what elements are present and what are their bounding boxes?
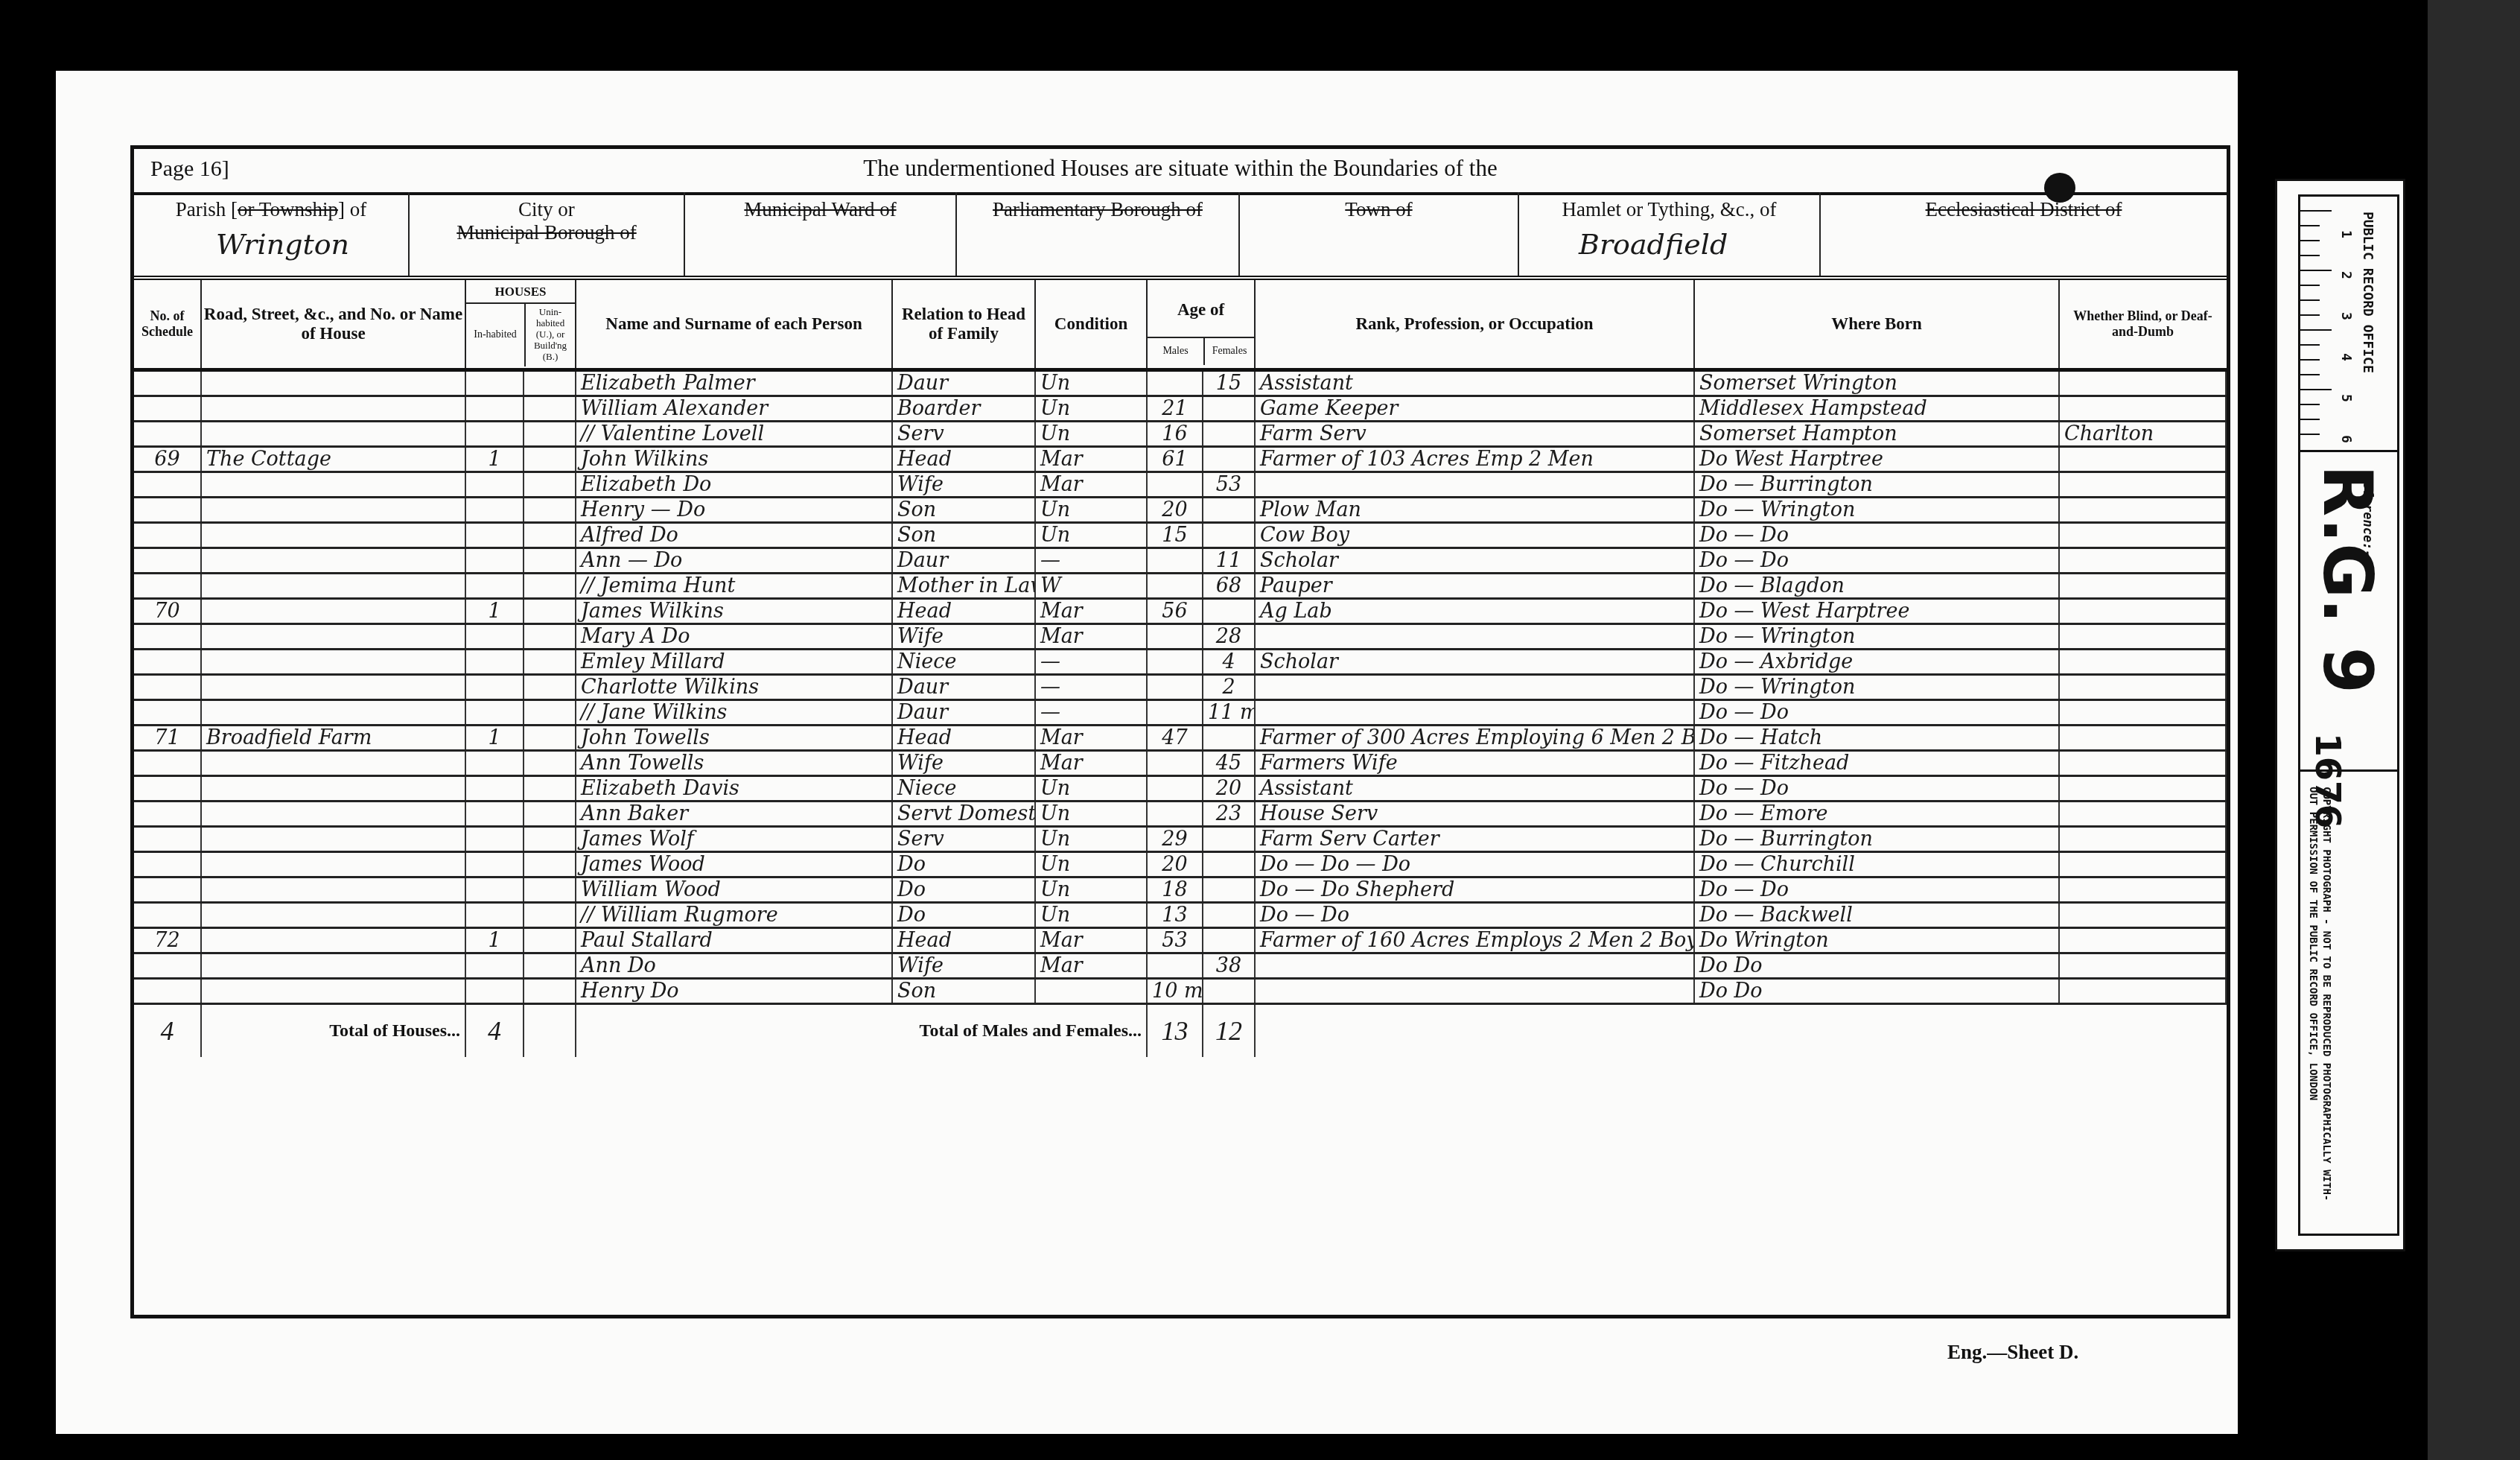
person-name: Ann Do xyxy=(576,953,892,979)
condition: — xyxy=(1035,700,1147,726)
house-name xyxy=(201,650,465,675)
age-male xyxy=(1147,953,1203,979)
age-female xyxy=(1203,498,1255,523)
age-male: 10 mo xyxy=(1147,979,1203,1004)
uninhabited-count xyxy=(524,370,576,396)
relation: Son xyxy=(892,979,1035,1004)
occupation: Do — Do xyxy=(1255,903,1694,928)
person-name: John Wilkins xyxy=(576,447,892,472)
total-schedules: 4 xyxy=(134,1004,201,1058)
uninhabited-count xyxy=(524,953,576,979)
table-row: Alfred DoSonUn15Cow BoyDo — Do xyxy=(134,523,2226,548)
birthplace: Do Wrington xyxy=(1694,928,2059,953)
table-row: // Jane WilkinsDaur—11 moDo — Do xyxy=(134,700,2226,726)
ruler-number: 2 xyxy=(2338,271,2354,279)
person-name: John Towells xyxy=(576,726,892,751)
reference-panel: 123456 PUBLIC RECORD OFFICE Reference:- … xyxy=(2275,179,2405,1251)
census-rows: Elizabeth PalmerDaurUn15AssistantSomerse… xyxy=(134,370,2226,1058)
occupation xyxy=(1255,979,1694,1004)
occupation: Farmer of 160 Acres Employs 2 Men 2 Boys xyxy=(1255,928,1694,953)
person-name: William Alexander xyxy=(576,396,892,422)
total-males: 13 xyxy=(1147,1004,1203,1058)
house-name xyxy=(201,599,465,624)
blind-deaf xyxy=(2059,700,2226,726)
inhabited-count xyxy=(465,370,524,396)
person-name: Ann — Do xyxy=(576,548,892,574)
birthplace: Do — Emore xyxy=(1694,802,2059,827)
age-female xyxy=(1203,523,1255,548)
person-name: James Wolf xyxy=(576,827,892,852)
house-name xyxy=(201,751,465,776)
blind-deaf xyxy=(2059,852,2226,877)
age-male: 61 xyxy=(1147,447,1203,472)
house-name xyxy=(201,370,465,396)
age-female xyxy=(1203,422,1255,447)
condition: — xyxy=(1035,548,1147,574)
age-female xyxy=(1203,979,1255,1004)
col-males: Males xyxy=(1148,338,1205,365)
occupation: Pauper xyxy=(1255,574,1694,599)
relation: Do xyxy=(892,877,1035,903)
occupation xyxy=(1255,472,1694,498)
condition: Mar xyxy=(1035,447,1147,472)
occupation: Cow Boy xyxy=(1255,523,1694,548)
blind-deaf xyxy=(2059,396,2226,422)
birthplace: Do — Blagdon xyxy=(1694,574,2059,599)
office-label: PUBLIC RECORD OFFICE xyxy=(2360,212,2376,373)
film-edge xyxy=(2428,0,2520,1460)
relation: Son xyxy=(892,523,1035,548)
condition: Un xyxy=(1035,852,1147,877)
uninhabited-count xyxy=(524,802,576,827)
total-uninhabited xyxy=(524,1004,576,1058)
ruler-tick xyxy=(2300,299,2320,301)
uninhabited-count xyxy=(524,726,576,751)
occupation: Farmers Wife xyxy=(1255,751,1694,776)
occupation: Farmer of 300 Acres Employing 6 Men 2 Bo… xyxy=(1255,726,1694,751)
uninhabited-count xyxy=(524,574,576,599)
blind-deaf xyxy=(2059,877,2226,903)
condition: Un xyxy=(1035,422,1147,447)
ruler-tick xyxy=(2300,314,2320,316)
relation: Son xyxy=(892,498,1035,523)
occupation: Scholar xyxy=(1255,548,1694,574)
house-name xyxy=(201,979,465,1004)
condition: Un xyxy=(1035,396,1147,422)
ruler-tick xyxy=(2300,359,2320,361)
condition: Mar xyxy=(1035,751,1147,776)
total-blank xyxy=(1255,1004,2226,1058)
hamlet-value: Broadfield xyxy=(1579,228,1728,261)
inhabited-count xyxy=(465,852,524,877)
ruler-tick xyxy=(2300,240,2320,241)
uninhabited-count xyxy=(524,852,576,877)
blind-deaf xyxy=(2059,447,2226,472)
census-table: No. of Schedule Road, Street, &c., and N… xyxy=(134,280,2227,1057)
inhabited-count xyxy=(465,498,524,523)
occupation: Do — Do — Do xyxy=(1255,852,1694,877)
relation: Wife xyxy=(892,953,1035,979)
table-row: // William RugmoreDoUn13Do — DoDo — Back… xyxy=(134,903,2226,928)
col-blind: Whether Blind, or Deaf-and-Dumb xyxy=(2059,280,2226,370)
blind-deaf xyxy=(2059,776,2226,802)
table-row: Elizabeth DavisNieceUn20AssistantDo — Do xyxy=(134,776,2226,802)
blind-deaf xyxy=(2059,726,2226,751)
condition: W xyxy=(1035,574,1147,599)
col-inhabited: In-habited xyxy=(466,304,526,366)
table-row: // Valentine LovellServUn16Farm ServSome… xyxy=(134,422,2226,447)
uninhabited-count xyxy=(524,422,576,447)
occupation: Farmer of 103 Acres Emp 2 Men xyxy=(1255,447,1694,472)
col-name: Name and Surname of each Person xyxy=(576,280,892,370)
relation: Daur xyxy=(892,548,1035,574)
table-row: 71Broadfield Farm1John TowellsHeadMar47F… xyxy=(134,726,2226,751)
schedule-number xyxy=(134,472,201,498)
relation: Wife xyxy=(892,472,1035,498)
col-uninhabited: Unin-habited (U.), or Build'ng (B.) xyxy=(526,304,575,366)
age-male: 15 xyxy=(1147,523,1203,548)
person-name: William Wood xyxy=(576,877,892,903)
town-cell: Town of xyxy=(1240,192,1519,276)
age-male: 13 xyxy=(1147,903,1203,928)
uninhabited-count xyxy=(524,928,576,953)
house-name xyxy=(201,700,465,726)
uninhabited-count xyxy=(524,700,576,726)
table-row: // Jemima HuntMother in LawW68PauperDo —… xyxy=(134,574,2226,599)
uninhabited-count xyxy=(524,751,576,776)
age-male xyxy=(1147,370,1203,396)
blind-deaf xyxy=(2059,498,2226,523)
person-name: James Wilkins xyxy=(576,599,892,624)
col-schedule: No. of Schedule xyxy=(134,280,201,370)
table-row: Elizabeth DoWifeMar53Do — Burrington xyxy=(134,472,2226,498)
uninhabited-count xyxy=(524,776,576,802)
age-female: 68 xyxy=(1203,574,1255,599)
schedule-number xyxy=(134,370,201,396)
table-row: Elizabeth PalmerDaurUn15AssistantSomerse… xyxy=(134,370,2226,396)
table-row: Henry DoSon10 moDo Do xyxy=(134,979,2226,1004)
schedule-number xyxy=(134,802,201,827)
person-name: Paul Stallard xyxy=(576,928,892,953)
age-female: 53 xyxy=(1203,472,1255,498)
inhabited-count xyxy=(465,650,524,675)
inhabited-count xyxy=(465,802,524,827)
birthplace: Do — Burrington xyxy=(1694,827,2059,852)
relation: Do xyxy=(892,903,1035,928)
schedule-number xyxy=(134,574,201,599)
occupation: Ag Lab xyxy=(1255,599,1694,624)
person-name: // Valentine Lovell xyxy=(576,422,892,447)
birthplace: Do — Hatch xyxy=(1694,726,2059,751)
occupation: Farm Serv xyxy=(1255,422,1694,447)
birthplace: Do — Do xyxy=(1694,776,2059,802)
house-name xyxy=(201,472,465,498)
relation: Head xyxy=(892,447,1035,472)
condition: Mar xyxy=(1035,472,1147,498)
schedule-number xyxy=(134,827,201,852)
occupation xyxy=(1255,624,1694,650)
person-name: Elizabeth Palmer xyxy=(576,370,892,396)
person-name: James Wood xyxy=(576,852,892,877)
house-name xyxy=(201,776,465,802)
form-id: Eng.—Sheet D. xyxy=(1947,1341,2078,1364)
condition: — xyxy=(1035,675,1147,700)
inhabited-count xyxy=(465,523,524,548)
table-row: William AlexanderBoarderUn21Game KeeperM… xyxy=(134,396,2226,422)
birthplace: Do — Do xyxy=(1694,523,2059,548)
ruler-tick xyxy=(2300,329,2332,331)
condition: Un xyxy=(1035,523,1147,548)
age-male: 20 xyxy=(1147,852,1203,877)
schedule-number: 70 xyxy=(134,599,201,624)
age-female xyxy=(1203,903,1255,928)
house-name xyxy=(201,624,465,650)
ruler-tick xyxy=(2300,374,2320,375)
inhabited-count xyxy=(465,979,524,1004)
ruler-tick xyxy=(2300,255,2320,256)
birthplace: Do — Wrington xyxy=(1694,498,2059,523)
relation: Wife xyxy=(892,751,1035,776)
inhabited-count: 1 xyxy=(465,599,524,624)
schedule-number xyxy=(134,548,201,574)
col-relation: Relation to Head of Family xyxy=(892,280,1035,370)
ruler-tick xyxy=(2300,344,2320,346)
occupation: Scholar xyxy=(1255,650,1694,675)
schedule-number xyxy=(134,751,201,776)
age-male: 21 xyxy=(1147,396,1203,422)
uninhabited-count xyxy=(524,472,576,498)
schedule-number xyxy=(134,650,201,675)
census-form: Page 16] The undermentioned Houses are s… xyxy=(130,145,2230,1318)
inhabited-count xyxy=(465,624,524,650)
age-female: 23 xyxy=(1203,802,1255,827)
uninhabited-count xyxy=(524,498,576,523)
condition: Mar xyxy=(1035,726,1147,751)
occupation: Assistant xyxy=(1255,776,1694,802)
inhabited-count xyxy=(465,472,524,498)
ecclesiastical-cell: Ecclesiastical District of xyxy=(1821,192,2227,276)
relation: Do xyxy=(892,852,1035,877)
blind-deaf xyxy=(2059,370,2226,396)
table-row: 69The Cottage1John WilkinsHeadMar61Farme… xyxy=(134,447,2226,472)
occupation xyxy=(1255,953,1694,979)
blind-deaf xyxy=(2059,523,2226,548)
schedule-number xyxy=(134,877,201,903)
schedule-number: 72 xyxy=(134,928,201,953)
relation: Servt Domestic xyxy=(892,802,1035,827)
person-name: Ann Towells xyxy=(576,751,892,776)
condition: Mar xyxy=(1035,928,1147,953)
birthplace: Do — Wrington xyxy=(1694,675,2059,700)
condition: Un xyxy=(1035,498,1147,523)
inhabited-count: 1 xyxy=(465,928,524,953)
blind-deaf xyxy=(2059,624,2226,650)
condition: Mar xyxy=(1035,953,1147,979)
inhabited-count xyxy=(465,776,524,802)
age-female xyxy=(1203,852,1255,877)
birthplace: Do Do xyxy=(1694,953,2059,979)
blind-deaf xyxy=(2059,599,2226,624)
person-name: Elizabeth Davis xyxy=(576,776,892,802)
schedule-number xyxy=(134,675,201,700)
table-row: Ann BakerServt DomesticUn23House ServDo … xyxy=(134,802,2226,827)
parliamentary-borough-cell: Parliamentary Borough of xyxy=(957,192,1240,276)
house-name xyxy=(201,802,465,827)
age-male: 16 xyxy=(1147,422,1203,447)
total-females: 12 xyxy=(1203,1004,1255,1058)
schedule-number xyxy=(134,624,201,650)
parish-value: Wrington xyxy=(216,228,349,261)
schedule-number xyxy=(134,979,201,1004)
ruler: 123456 xyxy=(2300,197,2397,452)
inhabited-count xyxy=(465,548,524,574)
house-name xyxy=(201,548,465,574)
relation: Boarder xyxy=(892,396,1035,422)
person-name: // Jane Wilkins xyxy=(576,700,892,726)
relation: Wife xyxy=(892,624,1035,650)
age-female: 4 xyxy=(1203,650,1255,675)
condition: Mar xyxy=(1035,599,1147,624)
relation: Serv xyxy=(892,827,1035,852)
birthplace: Do — Do xyxy=(1694,548,2059,574)
schedule-number xyxy=(134,903,201,928)
table-row: 721Paul StallardHeadMar53Farmer of 160 A… xyxy=(134,928,2226,953)
schedule-number: 69 xyxy=(134,447,201,472)
inhabited-count: 1 xyxy=(465,726,524,751)
inhabited-count xyxy=(465,675,524,700)
person-name: // Jemima Hunt xyxy=(576,574,892,599)
uninhabited-count xyxy=(524,877,576,903)
person-name: Elizabeth Do xyxy=(576,472,892,498)
col-females: Females xyxy=(1205,338,1254,365)
table-row: 701James WilkinsHeadMar56Ag LabDo — West… xyxy=(134,599,2226,624)
table-row: James WolfServUn29Farm Serv CarterDo — B… xyxy=(134,827,2226,852)
occupation: House Serv xyxy=(1255,802,1694,827)
ruler-number: 4 xyxy=(2338,353,2354,361)
class-code: R.G. 9 xyxy=(2308,465,2386,693)
schedule-number xyxy=(134,523,201,548)
occupation xyxy=(1255,675,1694,700)
schedule-number xyxy=(134,852,201,877)
banner-text: The undermentioned Houses are situate wi… xyxy=(134,155,2227,182)
relation: Head xyxy=(892,928,1035,953)
col-road: Road, Street, &c., and No. or Name of Ho… xyxy=(201,280,465,370)
age-female xyxy=(1203,447,1255,472)
house-name xyxy=(201,396,465,422)
blind-deaf xyxy=(2059,472,2226,498)
age-male xyxy=(1147,802,1203,827)
inhabited-count xyxy=(465,700,524,726)
blind-deaf xyxy=(2059,751,2226,776)
blind-deaf xyxy=(2059,675,2226,700)
ward-cell: Municipal Ward of xyxy=(685,192,957,276)
ruler-tick xyxy=(2300,285,2320,286)
uninhabited-count xyxy=(524,827,576,852)
birthplace: Do — Do xyxy=(1694,700,2059,726)
ruler-number: 1 xyxy=(2338,230,2354,238)
blind-deaf xyxy=(2059,953,2226,979)
person-name: Henry Do xyxy=(576,979,892,1004)
ruler-tick xyxy=(2300,404,2320,405)
blind-deaf: Charlton xyxy=(2059,422,2226,447)
age-female xyxy=(1203,877,1255,903)
age-male xyxy=(1147,472,1203,498)
house-name xyxy=(201,498,465,523)
age-male: 29 xyxy=(1147,827,1203,852)
table-row: Mary A DoWifeMar28Do — Wrington xyxy=(134,624,2226,650)
uninhabited-count xyxy=(524,447,576,472)
house-name xyxy=(201,903,465,928)
house-name xyxy=(201,523,465,548)
age-female: 11 mo xyxy=(1203,700,1255,726)
age-female: 20 xyxy=(1203,776,1255,802)
inhabited-count xyxy=(465,827,524,852)
blind-deaf xyxy=(2059,548,2226,574)
birthplace: Middlesex Hampstead xyxy=(1694,396,2059,422)
ruler-number: 3 xyxy=(2338,312,2354,320)
table-row: William WoodDoUn18Do — Do ShepherdDo — D… xyxy=(134,877,2226,903)
blind-deaf xyxy=(2059,574,2226,599)
person-name: Emley Millard xyxy=(576,650,892,675)
age-female: 45 xyxy=(1203,751,1255,776)
age-male xyxy=(1147,574,1203,599)
blind-deaf xyxy=(2059,928,2226,953)
ruler-number: 5 xyxy=(2338,394,2354,402)
table-row: James WoodDoUn20Do — Do — DoDo — Churchi… xyxy=(134,852,2226,877)
uninhabited-count xyxy=(524,523,576,548)
condition: Un xyxy=(1035,802,1147,827)
birthplace: Do — Do xyxy=(1694,877,2059,903)
birthplace: Do Do xyxy=(1694,979,2059,1004)
person-name: Ann Baker xyxy=(576,802,892,827)
copyright-box: COPYRIGHT PHOTOGRAPH - NOT TO BE REPRODU… xyxy=(2300,769,2397,1234)
totals-row: 4Total of Houses...4Total of Males and F… xyxy=(134,1004,2226,1058)
relation: Daur xyxy=(892,700,1035,726)
schedule-number xyxy=(134,422,201,447)
age-male xyxy=(1147,650,1203,675)
age-male: 47 xyxy=(1147,726,1203,751)
inhabited-count xyxy=(465,751,524,776)
person-name: Mary A Do xyxy=(576,624,892,650)
occupation: Plow Man xyxy=(1255,498,1694,523)
relation: Niece xyxy=(892,776,1035,802)
age-male xyxy=(1147,751,1203,776)
table-row: Charlotte WilkinsDaur—2Do — Wrington xyxy=(134,675,2226,700)
house-name xyxy=(201,928,465,953)
location-headers: Parish [or Township] of Wrington City or… xyxy=(134,192,2227,280)
uninhabited-count xyxy=(524,396,576,422)
relation: Head xyxy=(892,726,1035,751)
ruler-tick xyxy=(2300,270,2332,271)
table-row: Ann — DoDaur—11ScholarDo — Do xyxy=(134,548,2226,574)
schedule-number: 71 xyxy=(134,726,201,751)
age-male: 56 xyxy=(1147,599,1203,624)
blind-deaf xyxy=(2059,802,2226,827)
house-name xyxy=(201,852,465,877)
hamlet-cell: Hamlet or Tything, &c., of Broadfield xyxy=(1519,192,1821,276)
uninhabited-count xyxy=(524,624,576,650)
condition: Un xyxy=(1035,776,1147,802)
occupation xyxy=(1255,700,1694,726)
uninhabited-count xyxy=(524,599,576,624)
col-occupation: Rank, Profession, or Occupation xyxy=(1255,280,1694,370)
ruler-tick xyxy=(2300,389,2332,390)
inhabited-count xyxy=(465,953,524,979)
parish-cell: Parish [or Township] of Wrington xyxy=(134,192,410,276)
birthplace: Do West Harptree xyxy=(1694,447,2059,472)
house-name xyxy=(201,877,465,903)
house-name: Broadfield Farm xyxy=(201,726,465,751)
